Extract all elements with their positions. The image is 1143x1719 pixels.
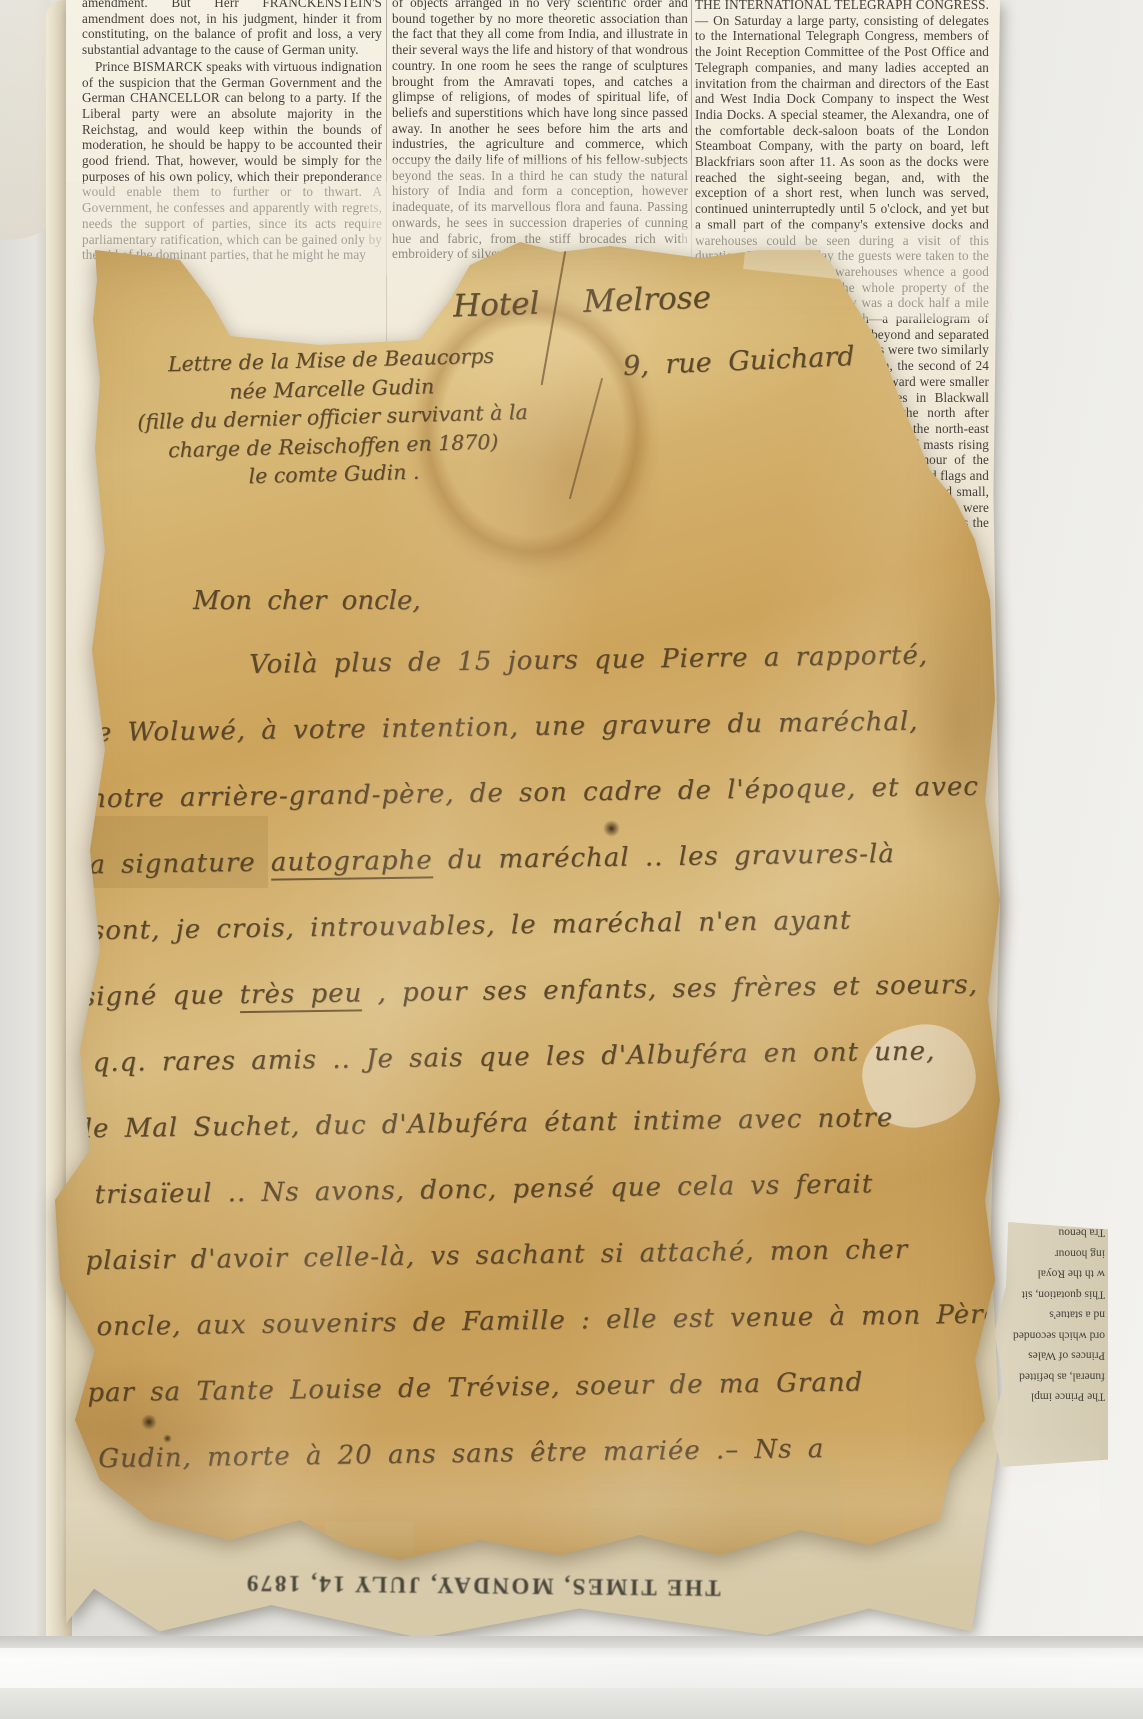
letter-heading: Hotel Melrose: [452, 280, 711, 325]
cellophane-gloss: [45, 228, 1005, 1568]
handwriting-line: Voilà plus de 15 jours que Pierre a rapp…: [249, 640, 983, 716]
fragment-line: ord which seconded: [992, 1325, 1108, 1346]
handwriting-line: de Woluwé, à votre intention, une gravur…: [78, 706, 984, 785]
handwriting-segment: par sa Tante Louise de Trévise, soeur de…: [87, 1367, 863, 1408]
handwriting-segment: signé que: [82, 980, 240, 1012]
fragment-line: nd a statue's: [992, 1304, 1108, 1325]
handwriting-segment: q.q. rares amis .. Je sais que les d'Alb…: [93, 1036, 936, 1078]
handwriting-line: la signature autographe du maréchal .. l…: [80, 838, 986, 917]
paper-crack: [541, 245, 568, 385]
handwriting-line: oncle, aux souvenirs de Famille : elle e…: [96, 1300, 992, 1378]
handwriting-segment: la signature: [80, 848, 271, 881]
handwriting-line: par sa Tante Louise de Trévise, soeur de…: [87, 1366, 993, 1445]
stain-right: [895, 568, 1025, 888]
handwriting-segment: plaisir d'avoir celle-là, vs sachant si …: [85, 1235, 908, 1276]
ink-spot: [141, 1414, 157, 1430]
handwriting-line: le Mal Suchet, duc d'Albuféra étant inti…: [84, 1102, 990, 1181]
paper-crack: [569, 378, 603, 499]
annotation-line: charge de Reischoffen en 1870): [135, 426, 531, 465]
fragment-line: Princes of Wales: [992, 1345, 1108, 1366]
tape-piece: [63, 816, 268, 888]
handwriting-segment: , pour ses enfants, ses frères et soeurs…: [362, 969, 1021, 1008]
handwriting-line: trisaïeul .. Ns avons, donc, pensé que c…: [94, 1168, 990, 1246]
np-col-middle: of objects arranged in no very scientifi…: [392, 0, 688, 267]
handwriting-segment: trisaïeul .. Ns avons, donc, pensé que c…: [94, 1169, 873, 1210]
handwriting-segment: Gudin, morte à 20 ans sans être mariée .…: [98, 1434, 824, 1474]
handwriting-segment: sont, je crois, introuvables, le marécha…: [91, 906, 852, 947]
letter-body: Voilà plus de 15 jours que Pierre a rapp…: [77, 640, 994, 1511]
table-surface: [0, 1636, 1143, 1719]
handwriting-line: q.q. rares amis .. Je sais que les d'Alb…: [93, 1036, 989, 1114]
handwriting-line: plaisir d'avoir celle-là, vs sachant si …: [85, 1234, 991, 1313]
times-masthead-upside-down: THE TIMES, MONDAY, JULY 14, 1879: [230, 1569, 735, 1600]
handwriting-segment: le Mal Suchet, duc d'Albuféra étant inti…: [84, 1103, 894, 1144]
stain-blob: [475, 348, 665, 598]
handwriting-line: signé que très peu , pour ses enfants, s…: [82, 970, 988, 1049]
torn-patch: [852, 1013, 986, 1139]
ink-spot: [163, 1434, 172, 1443]
handwriting-segment: Voilà plus de 15 jours que Pierre a rapp…: [249, 640, 928, 679]
handwritten-letter: Hotel Melrose 9, rue Guichard Lettre de …: [45, 228, 1005, 1568]
handwriting-segment: du maréchal .. les gravures-là: [432, 839, 895, 875]
ink-spot: [603, 820, 620, 837]
fragment-line: Tra benou: [992, 1222, 1108, 1243]
handwriting-segment: oncle, aux souvenirs de Famille : elle e…: [96, 1300, 1000, 1343]
fragment-line: funeral, as befitted: [992, 1366, 1108, 1387]
np-paragraph: amendment. But Herr FRANCKENSTEIN'S amen…: [82, 0, 382, 58]
water-stain-ring: [405, 283, 660, 578]
handwriting-segment: de Woluwé, à votre intention, une gravur…: [78, 707, 919, 749]
underlined-word: très peu: [239, 978, 362, 1013]
column-rule: [386, 0, 387, 355]
handwriting-line: sont, je crois, introuvables, le marécha…: [91, 904, 987, 982]
scrapbook-photo: amendment. But Herr FRANCKENSTEIN'S amen…: [0, 0, 1143, 1719]
album-page-edge-outer: [0, 0, 50, 1660]
fragment-line: ing honour: [992, 1243, 1108, 1264]
fragment-line: This quotation, sit: [992, 1284, 1108, 1305]
handwriting-line: notre arrière-grand-père, de son cadre d…: [89, 772, 985, 850]
handwriting-segment: notre arrière-grand-père, de son cadre d…: [89, 772, 979, 814]
table-sheen: [0, 1648, 1143, 1688]
letter-annotation: Lettre de la Mise de Beaucorpsnée Marcel…: [133, 341, 532, 494]
newsprint-fragment-upside-down: Tra benouing honourw th the RoyalThis qu…: [992, 1222, 1108, 1467]
fragment-line: The Prince impl: [992, 1386, 1108, 1407]
letter-salutation: Mon cher oncle,: [193, 586, 421, 616]
np-paragraph: Prince BISMARCK speaks with virtuous ind…: [82, 59, 382, 263]
np-paragraph: of objects arranged in no very scientifi…: [392, 0, 688, 262]
annotation-line: née Marcelle Gudin: [134, 369, 530, 408]
underlined-word: autographe: [271, 845, 433, 880]
fragment-line: w th the Royal: [992, 1263, 1108, 1284]
annotation-line: Lettre de la Mise de Beaucorps: [133, 341, 529, 380]
handwriting-line: Gudin, morte à 20 ans sans être mariée .…: [98, 1432, 994, 1510]
letter-address: 9, rue Guichard: [622, 341, 855, 382]
annotation-line: le comte Gudin .: [136, 455, 532, 494]
annotation-line: (fille du dernier officier survivant à l…: [135, 398, 531, 437]
